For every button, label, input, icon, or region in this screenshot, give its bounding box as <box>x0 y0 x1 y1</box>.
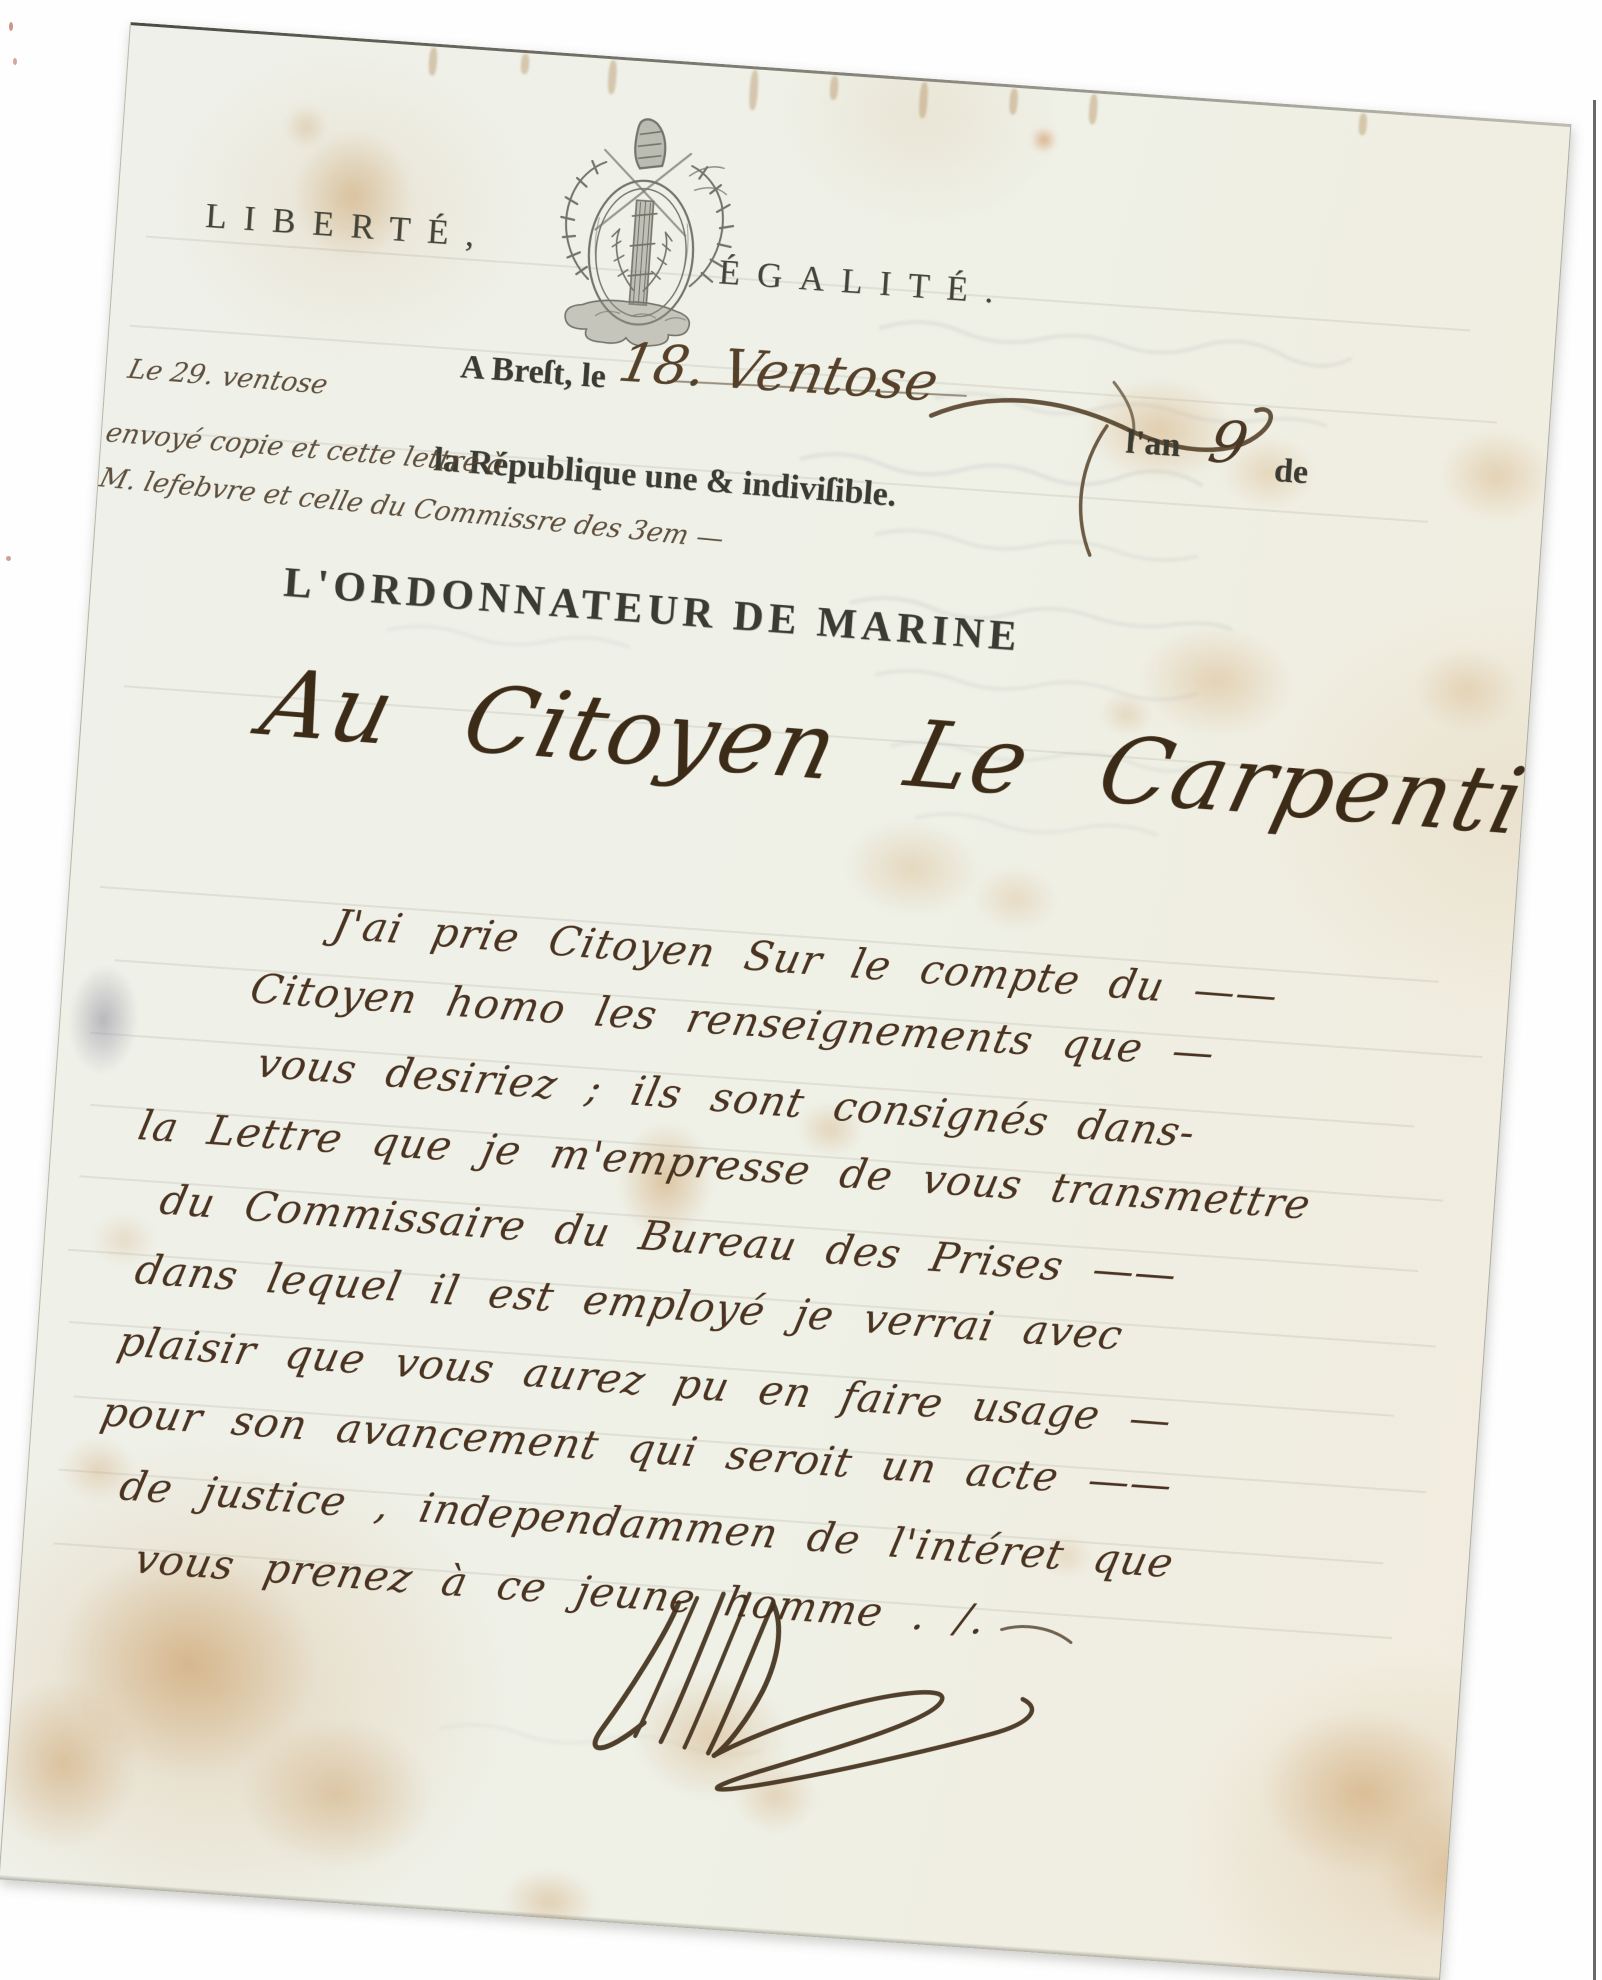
scan-speck <box>9 22 13 31</box>
pen-flourish-icon <box>1063 420 1133 564</box>
scanner-background: LIBERTÉ, <box>0 0 1602 1980</box>
dateline-an: l'an <box>1124 423 1181 465</box>
scan-speck <box>6 556 11 561</box>
dateline-de: de <box>1273 452 1310 492</box>
scan-speck <box>13 58 17 65</box>
signature-paraphe-icon <box>559 1569 1088 1825</box>
republic-emblem-icon <box>528 105 759 350</box>
scan-edge-line <box>1593 100 1596 1980</box>
letter-body: J'ai prie Citoyen Sur le compte du —— Ci… <box>20 868 1487 1686</box>
letter-paper: LIBERTÉ, <box>0 22 1571 1980</box>
